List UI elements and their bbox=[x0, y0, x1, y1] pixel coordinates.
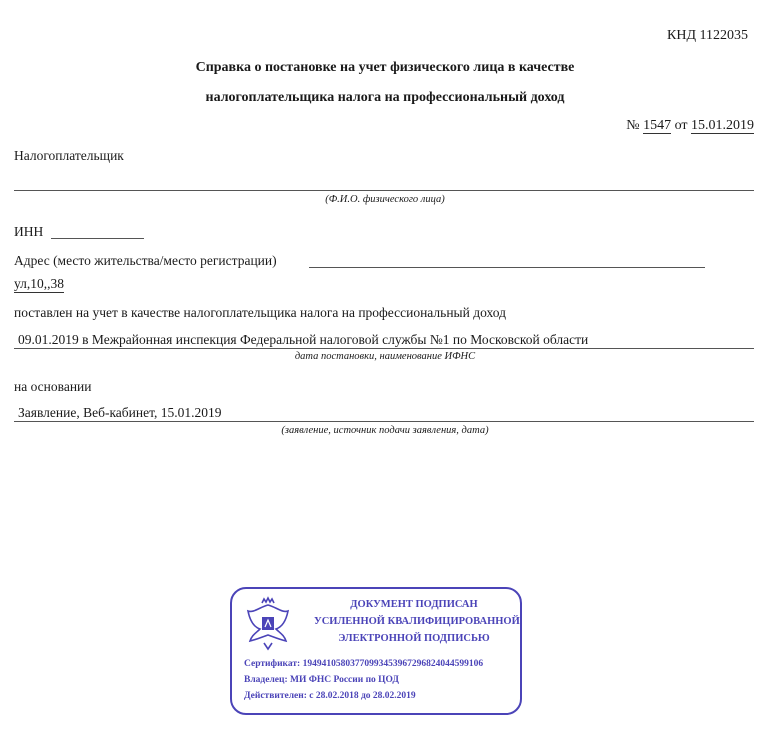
knd-code: КНД 1122035 bbox=[667, 28, 748, 44]
basis-line bbox=[14, 421, 754, 422]
stamp-line-1: ДОКУМЕНТ ПОДПИСАН bbox=[314, 599, 514, 610]
basis-caption: (заявление, источник подачи заявления, д… bbox=[0, 425, 770, 436]
stamp-owner: Владелец: МИ ФНС России по ЦОД bbox=[244, 675, 399, 685]
address-label: Адрес (место жительства/место регистраци… bbox=[14, 253, 277, 269]
title-line-2: налогоплательщика налога на профессионал… bbox=[0, 90, 770, 106]
inn-label: ИНН bbox=[14, 224, 43, 240]
coat-of-arms-icon bbox=[238, 595, 298, 655]
taxpayer-name-line bbox=[14, 190, 754, 191]
document-number-row: № 1547 от 15.01.2019 bbox=[626, 118, 754, 134]
address-line bbox=[309, 267, 705, 268]
basis-label: на основании bbox=[14, 379, 92, 395]
stamp-line-3: ЭЛЕКТРОННОЙ ПОДПИСЬЮ bbox=[314, 633, 514, 644]
number-prefix: № bbox=[626, 118, 639, 133]
stamp-certificate: Сертификат: 1949410580377099345396729682… bbox=[244, 659, 483, 669]
basis-value: Заявление, Веб-кабинет, 15.01.2019 bbox=[18, 405, 221, 421]
document-number: 1547 bbox=[643, 118, 671, 134]
stamp-validity: Действителен: с 28.02.2018 до 28.02.2019 bbox=[244, 691, 416, 701]
registered-text: поставлен на учет в качестве налогоплате… bbox=[14, 305, 506, 321]
date-prefix: от bbox=[675, 118, 688, 133]
stamp-line-2: УСИЛЕННОЙ КВАЛИФИЦИРОВАННОЙ bbox=[314, 616, 514, 627]
registration-caption: дата постановки, наименование ИФНС bbox=[0, 351, 770, 362]
inn-line bbox=[51, 238, 144, 239]
taxpayer-caption: (Ф.И.О. физического лица) bbox=[0, 194, 770, 205]
title-line-1: Справка о постановке на учет физического… bbox=[0, 60, 770, 76]
electronic-signature-stamp: ДОКУМЕНТ ПОДПИСАН УСИЛЕННОЙ КВАЛИФИЦИРОВ… bbox=[230, 587, 522, 715]
address-value: ул,10,,38 bbox=[14, 276, 64, 293]
taxpayer-label: Налогоплательщик bbox=[14, 148, 124, 164]
document-date: 15.01.2019 bbox=[691, 118, 754, 134]
registration-line bbox=[14, 348, 754, 349]
registration-value: 09.01.2019 в Межрайонная инспекция Федер… bbox=[18, 332, 588, 348]
